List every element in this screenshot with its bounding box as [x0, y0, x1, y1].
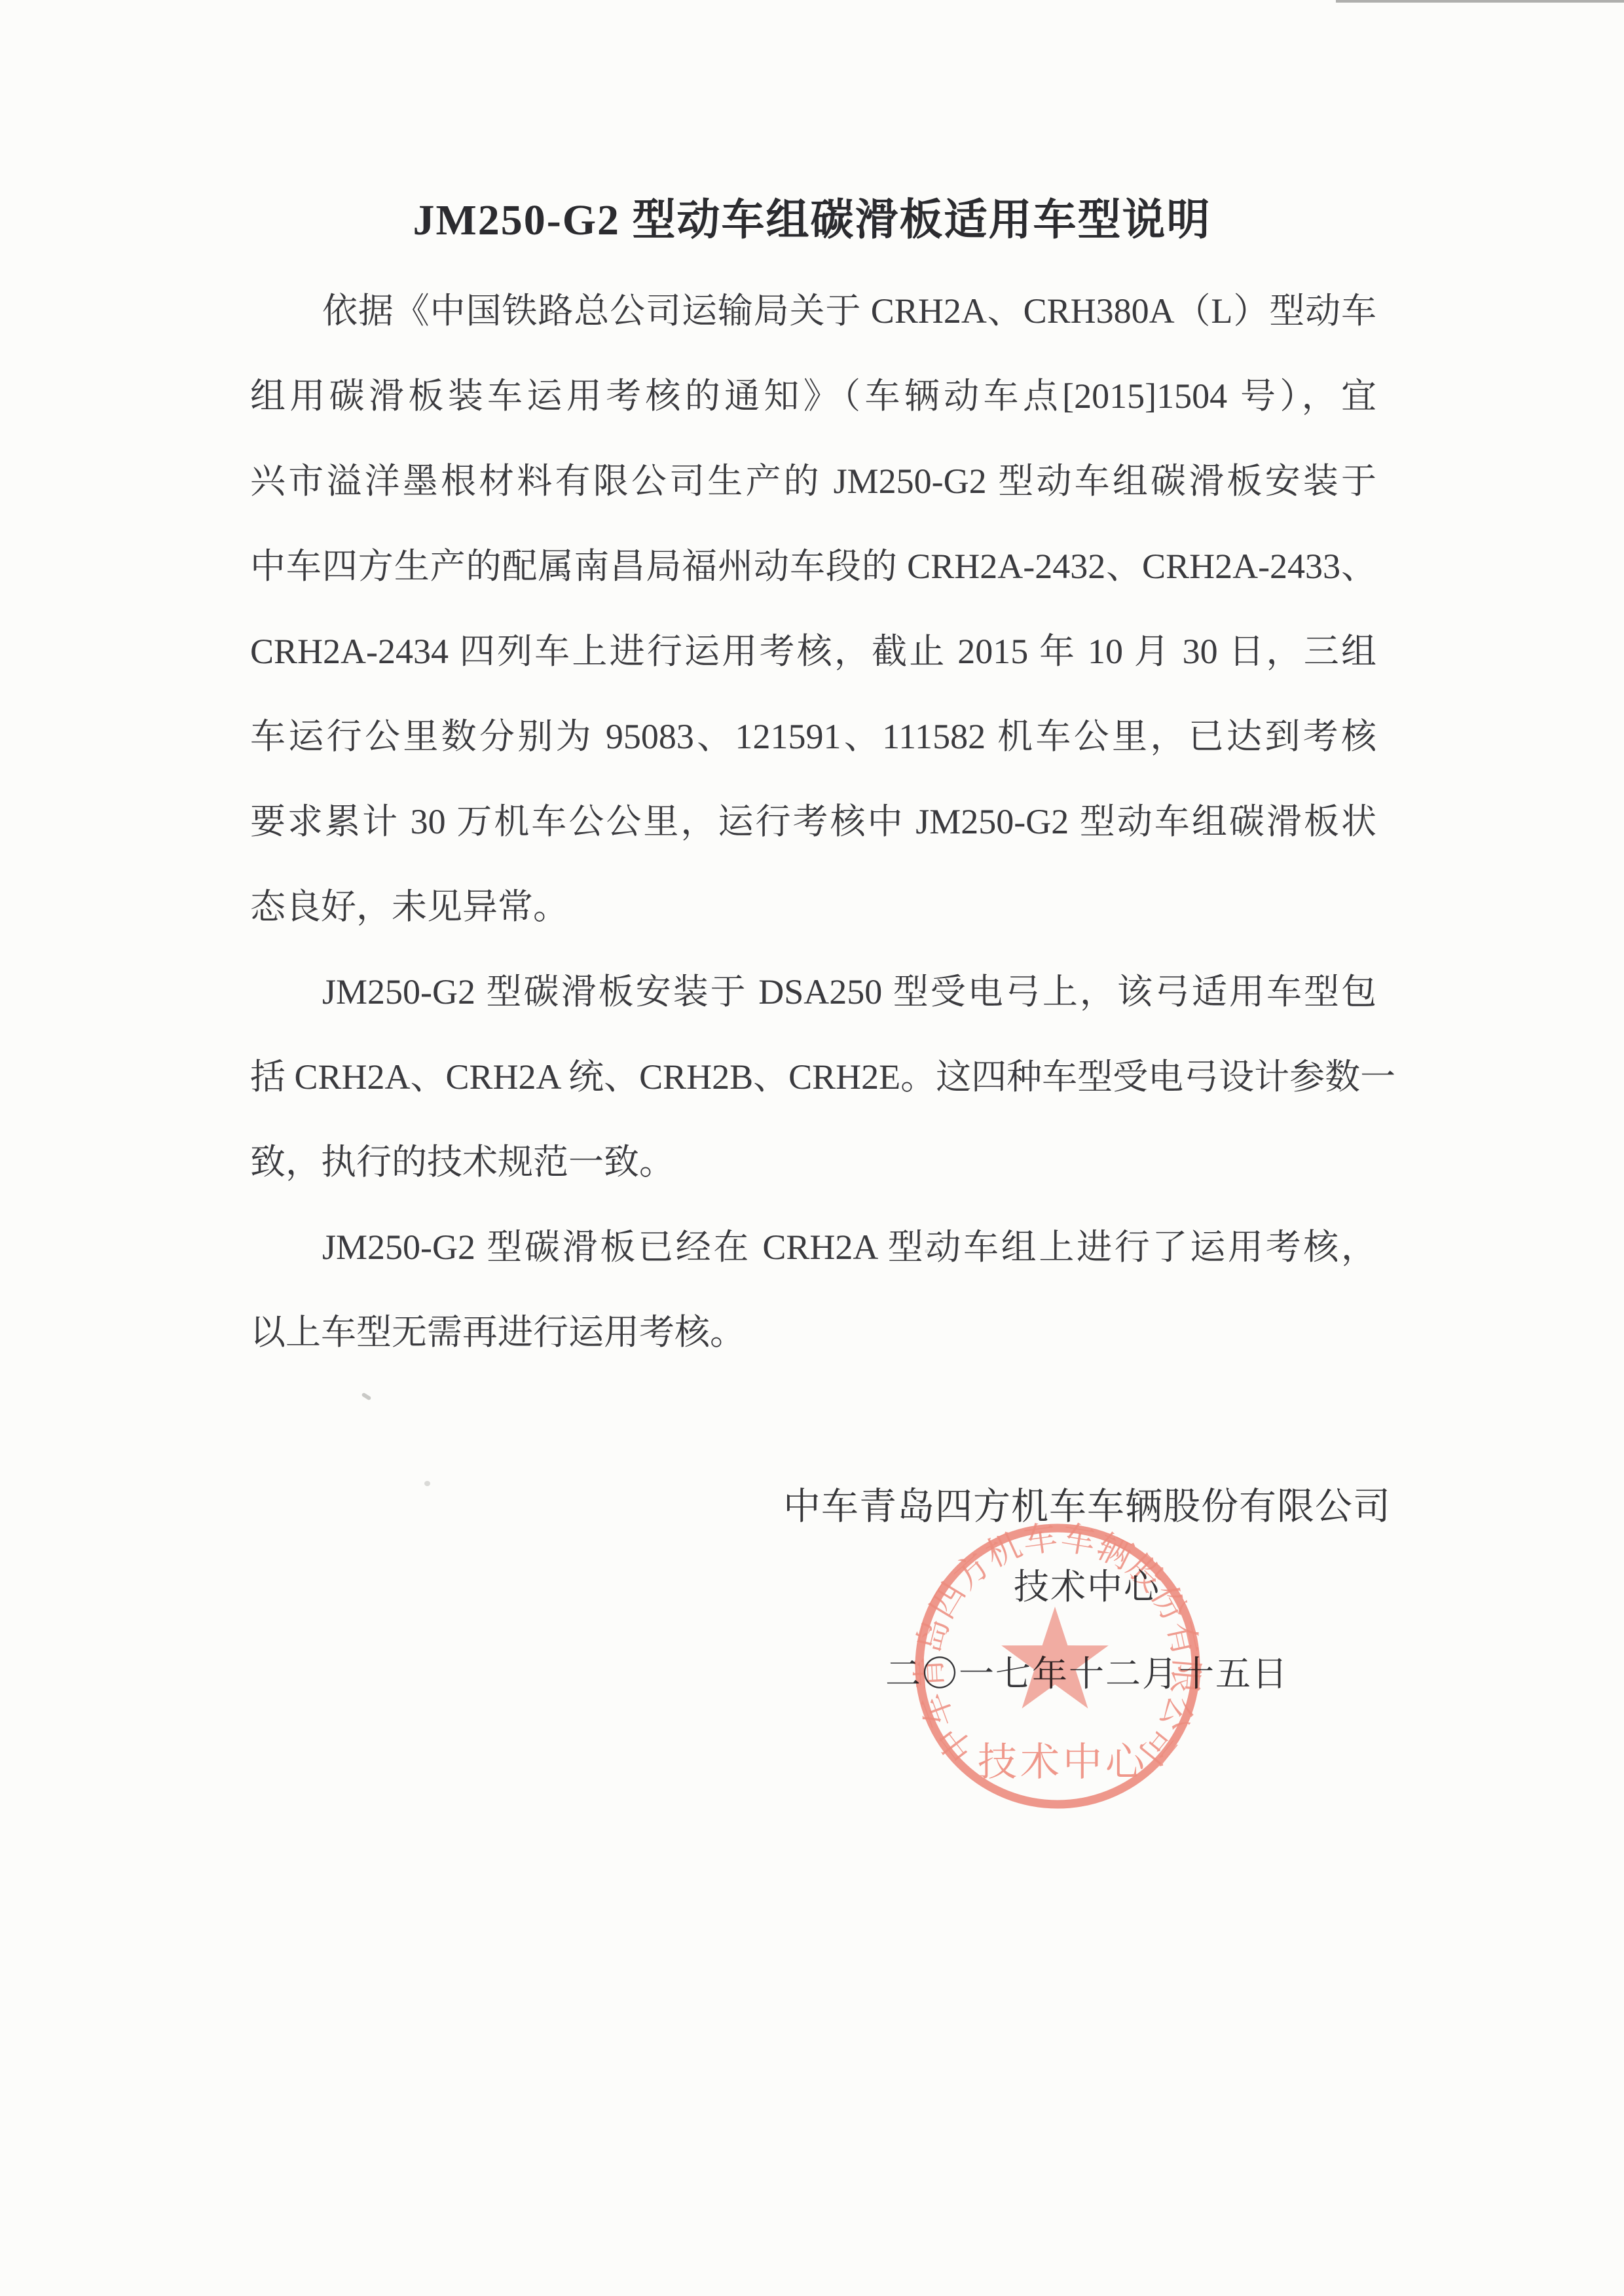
document-line: CRH2A-2434 四列车上进行运用考核，截止 2015 年 10 月 30 … [250, 609, 1376, 694]
document-line: 组用碳滑板装车运用考核的通知》（车辆动车点[2015]1504 号），宜 [250, 354, 1376, 439]
document-line: JM250-G2 型碳滑板安装于 DSA250 型受电弓上，该弓适用车型包 [250, 949, 1376, 1034]
document-line: 以上车型无需再进行运用考核。 [250, 1290, 1376, 1375]
document-line: 车运行公里数分别为 95083、121591、111582 机车公里，已达到考核 [250, 694, 1376, 779]
document-line: 依据《中国铁路总公司运输局关于 CRH2A、CRH380A（L）型动车 [250, 268, 1376, 354]
official-seal-stamp: 中车青岛四方机车车辆股份有限公司 技术中心 [904, 1512, 1211, 1820]
document-title: JM250-G2 型动车组碳滑板适用车型说明 [0, 185, 1624, 247]
stamp-center-text: 技术中心 [978, 1741, 1148, 1784]
star-icon [1001, 1607, 1109, 1709]
scanned-document-page: JM250-G2 型动车组碳滑板适用车型说明 依据《中国铁路总公司运输局关于 C… [0, 0, 1624, 2296]
document-line: 兴市溢洋墨根材料有限公司生产的 JM250-G2 型动车组碳滑板安装于 [250, 439, 1376, 524]
document-body: 依据《中国铁路总公司运输局关于 CRH2A、CRH380A（L）型动车 组用碳滑… [250, 268, 1376, 1375]
document-line: JM250-G2 型碳滑板已经在 CRH2A 型动车组上进行了运用考核， [250, 1205, 1376, 1290]
document-line: 要求累计 30 万机车公公里，运行考核中 JM250-G2 型动车组碳滑板状 [250, 779, 1376, 864]
scan-edge-artifact [1336, 0, 1624, 3]
scan-speck [424, 1481, 430, 1486]
document-line: 致，执行的技术规范一致。 [250, 1120, 1376, 1205]
document-line: 态良好，未见异常。 [250, 864, 1376, 949]
document-line: 括 CRH2A、CRH2A 统、CRH2B、CRH2E。这四种车型受电弓设计参数… [250, 1034, 1376, 1120]
document-line: 中车四方生产的配属南昌局福州动车段的 CRH2A-2432、CRH2A-2433… [250, 524, 1376, 609]
scan-speck [361, 1392, 372, 1400]
scan-speck [925, 1249, 929, 1253]
